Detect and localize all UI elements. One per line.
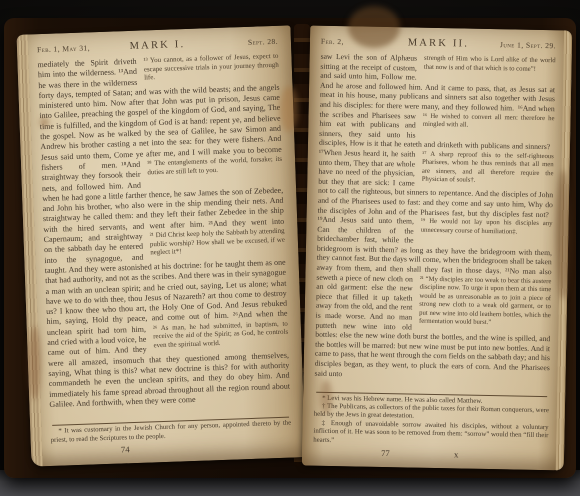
footnotes-container: * Levi was his Hebrew name. He was also … [313, 394, 549, 449]
commentary-note: ²¹ “My disciples are too weak to bear th… [419, 275, 552, 329]
right-page: Feb. 2, MARK II. June 1, Sept. 29. stren… [302, 26, 572, 471]
page-number-row: 77 x [313, 447, 548, 464]
reading-date-right: Sept. 28. [200, 37, 278, 49]
left-page-body: ¹³ You cannot, as a follower of Jesus, e… [37, 52, 290, 422]
commentary-note: ¹³ You cannot, as a follower of Jesus, e… [143, 53, 279, 84]
reading-date-left: Feb. 2, [321, 37, 399, 47]
commentary-note: ²⁶ As man, he had submitted, in baptism,… [153, 320, 289, 351]
commentary-note: ²¹ Did Christ keep holy the Sabbath by a… [150, 228, 286, 259]
right-page-footer: * Levi was his Hebrew name. He was also … [313, 388, 549, 463]
right-page-body: strength of Him who is Lord alike of the… [314, 52, 555, 393]
commentary-note: ¹⁹ He would not lay upon his disciples a… [421, 218, 553, 238]
left-page-footer: * It was customary in the Jewish Church … [50, 414, 292, 459]
page-title: MARK I. [115, 39, 200, 53]
photo-scene: Feb. 1, May 31, MARK I. Sept. 28. ¹³ You… [0, 0, 580, 496]
reading-date-left: Feb. 1, May 31, [37, 42, 115, 54]
commentary-note: ¹⁶ He wished to convert all men: therefo… [423, 112, 555, 132]
commentary-note: ¹⁸ The entanglements of the world, forsa… [147, 156, 282, 178]
signature-mark: x [454, 449, 458, 459]
commentary-note: ¹⁷ A sharp reproof this to the self-righ… [422, 151, 554, 188]
footnote: ‡ Enough of unavoidable sorrow awaited h… [313, 419, 548, 449]
page-number: 74 [121, 444, 130, 454]
reading-date-right: June 1, Sept. 29. [478, 40, 556, 50]
left-page: Feb. 1, May 31, MARK I. Sept. 28. ¹³ You… [17, 25, 306, 466]
page-title: MARK II. [399, 37, 478, 50]
page-number: 77 [381, 448, 390, 458]
right-page-header: Feb. 2, MARK II. June 1, Sept. 29. [321, 36, 556, 52]
commentary-note: strength of Him who is Lord alike of the… [424, 55, 556, 75]
